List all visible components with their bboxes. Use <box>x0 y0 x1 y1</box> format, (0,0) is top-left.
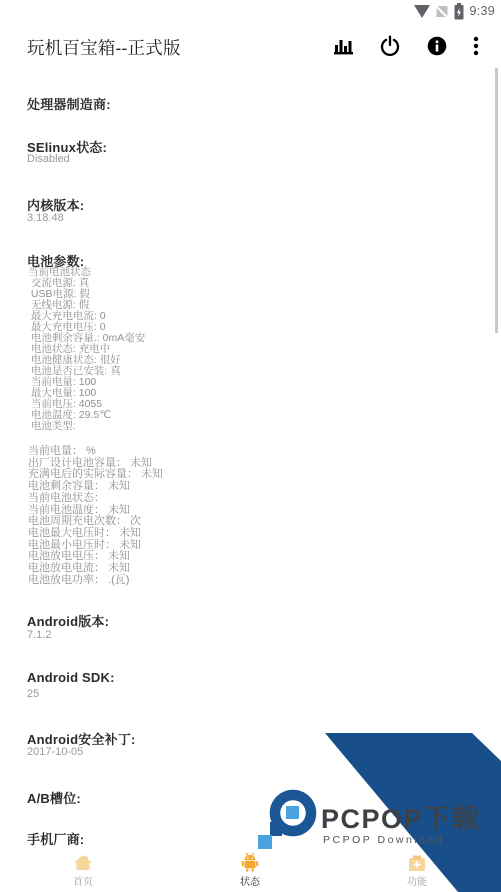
section-value: 2017-10-05 <box>27 746 83 758</box>
section-phone-vendor: 手机厂商: <box>27 829 481 848</box>
section-selinux: SElinux状态: <box>27 137 481 156</box>
nav-tab-label: 首页 <box>73 873 93 888</box>
wifi-icon <box>414 5 430 18</box>
battery-detail-block: 当前电量： % 出厂设计电池容量： 未知 充满电后的实际容量： 未知 电池剩余容… <box>28 446 163 586</box>
section-security-patch: Android安全补丁: <box>27 729 481 748</box>
nav-tab-features[interactable]: 功能 <box>367 848 467 892</box>
section-kernel: 内核版本: <box>27 195 481 214</box>
apps-icon <box>407 850 427 872</box>
stats-icon[interactable] <box>331 33 357 59</box>
section-label: Android安全补丁: <box>27 729 481 748</box>
section-label: 处理器制造商: <box>27 94 481 113</box>
section-value: Disabled <box>27 153 70 165</box>
android-icon <box>241 850 259 872</box>
section-label: SElinux状态: <box>27 137 481 156</box>
nav-tab-label: 状态 <box>240 873 260 888</box>
app-toolbar: 玩机百宝箱--正式版 <box>0 22 501 68</box>
info-icon[interactable] <box>424 33 450 59</box>
bottom-nav: 首页 状态 <box>0 848 501 892</box>
no-sim-icon <box>435 4 449 19</box>
section-cpu-vendor: 处理器制造商: <box>27 94 481 113</box>
section-label: A/B槽位: <box>27 788 481 807</box>
overflow-menu-icon[interactable] <box>463 33 489 59</box>
battery-status-block: 当前电池状态 交流电源: 真 USB电源: 假 无线电源: 假 最大充电电流: … <box>28 267 145 432</box>
section-value: 7.1.2 <box>27 629 51 641</box>
power-icon[interactable] <box>377 33 403 59</box>
section-android-version: Android版本: <box>27 611 481 630</box>
status-time: 9:39 <box>469 4 495 18</box>
app-title: 玩机百宝箱--正式版 <box>27 35 181 60</box>
section-value: 25 <box>27 688 39 700</box>
section-android-sdk: Android SDK: <box>27 670 481 685</box>
home-icon <box>72 850 94 872</box>
section-ab-slot: A/B槽位: <box>27 788 481 807</box>
status-bar: 9:39 <box>0 0 501 22</box>
nav-tab-status[interactable]: 状态 <box>200 848 300 892</box>
section-label: 内核版本: <box>27 195 481 214</box>
section-label: Android版本: <box>27 611 481 630</box>
section-label: Android SDK: <box>27 670 481 685</box>
battery-charging-icon <box>454 3 464 20</box>
section-value: 3.18.48 <box>27 212 64 224</box>
nav-tab-label: 功能 <box>407 873 427 888</box>
scrollbar[interactable] <box>495 68 498 333</box>
section-label: 手机厂商: <box>27 829 481 848</box>
nav-tab-home[interactable]: 首页 <box>33 848 133 892</box>
